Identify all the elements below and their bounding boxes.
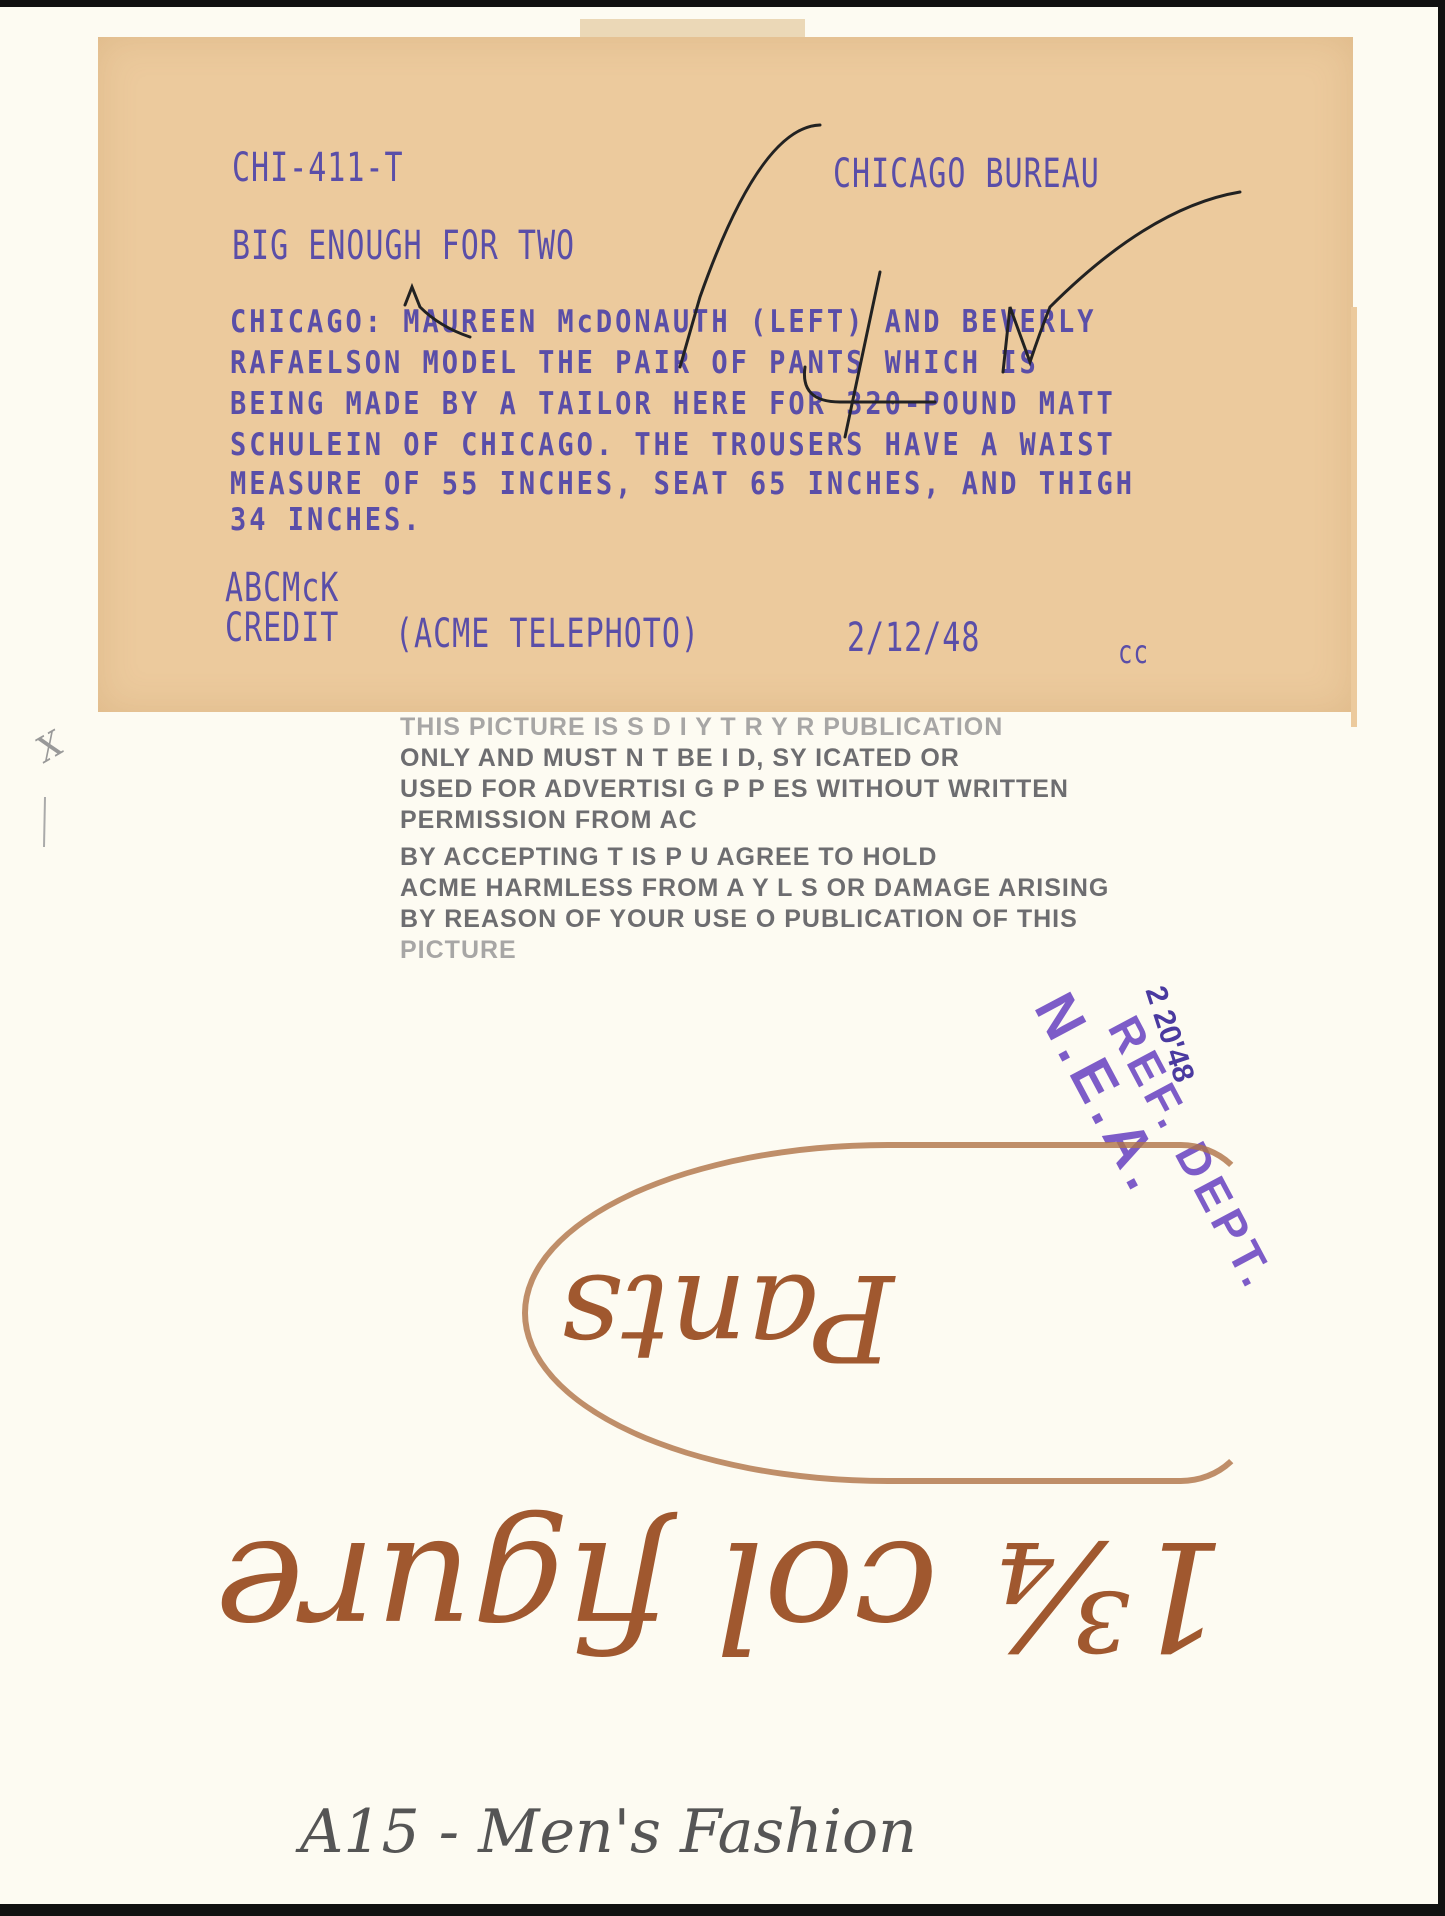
editor-check-marks bbox=[0, 7, 1438, 1904]
photo-back: CHI-411-T CHICAGO BUREAU BIG ENOUGH FOR … bbox=[0, 7, 1438, 1904]
